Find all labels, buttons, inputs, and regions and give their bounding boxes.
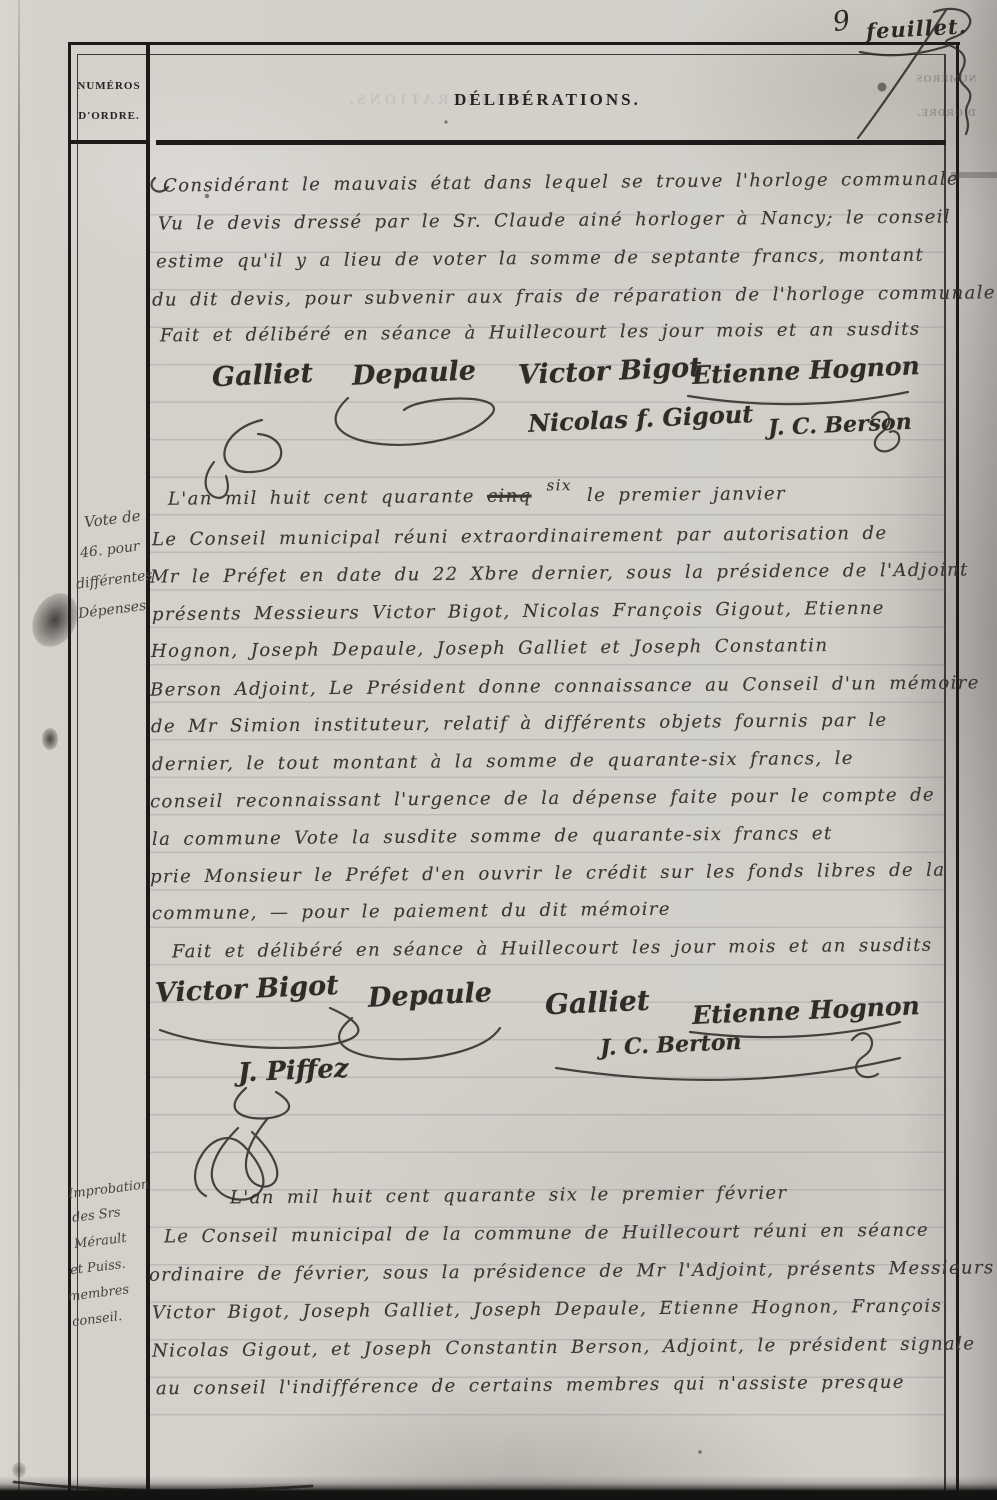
frame-top-outer (68, 42, 960, 45)
bleedthrough-column-header-ghost-line2: D'ORDRE. (899, 108, 993, 119)
binding-stitch (42, 728, 58, 750)
signature: J. Piffez (237, 1054, 349, 1089)
register-page-scan: NUMÉROS D'ORDRE. DÉLIBÉRATIONS. DÉLIBÉRA… (0, 0, 997, 1500)
signature: Depaule (367, 977, 492, 1013)
frame-right-outer (956, 42, 959, 1500)
order-number-column-header-line1: NUMÉROS (70, 80, 148, 92)
page-title: DÉLIBÉRATIONS. (150, 90, 945, 110)
signature: Galliet (211, 358, 313, 393)
header-rule-column (69, 140, 146, 144)
signature: Depaule (351, 355, 476, 391)
signature: Galliet (544, 984, 650, 1022)
date-line-post: le premier janvier (587, 483, 786, 506)
bleedthrough-column-header-ghost-line1: NUMÉROS (899, 74, 993, 85)
scan-bottom-shadow (0, 1476, 997, 1500)
frame-top-inner (77, 54, 946, 55)
struck-word: cinq (487, 486, 532, 507)
folio-word: feuillet. (865, 13, 967, 43)
date-line-pre: L'an mil huit cent quarante (168, 486, 475, 510)
frame-left-outer (68, 42, 71, 1500)
order-number-column-header-line2: D'ORDRE. (70, 110, 148, 122)
inserted-word: six (547, 476, 572, 494)
binding-crease (18, 0, 20, 1500)
header-rule-main (156, 140, 946, 145)
frame-left-inner (77, 54, 78, 1500)
